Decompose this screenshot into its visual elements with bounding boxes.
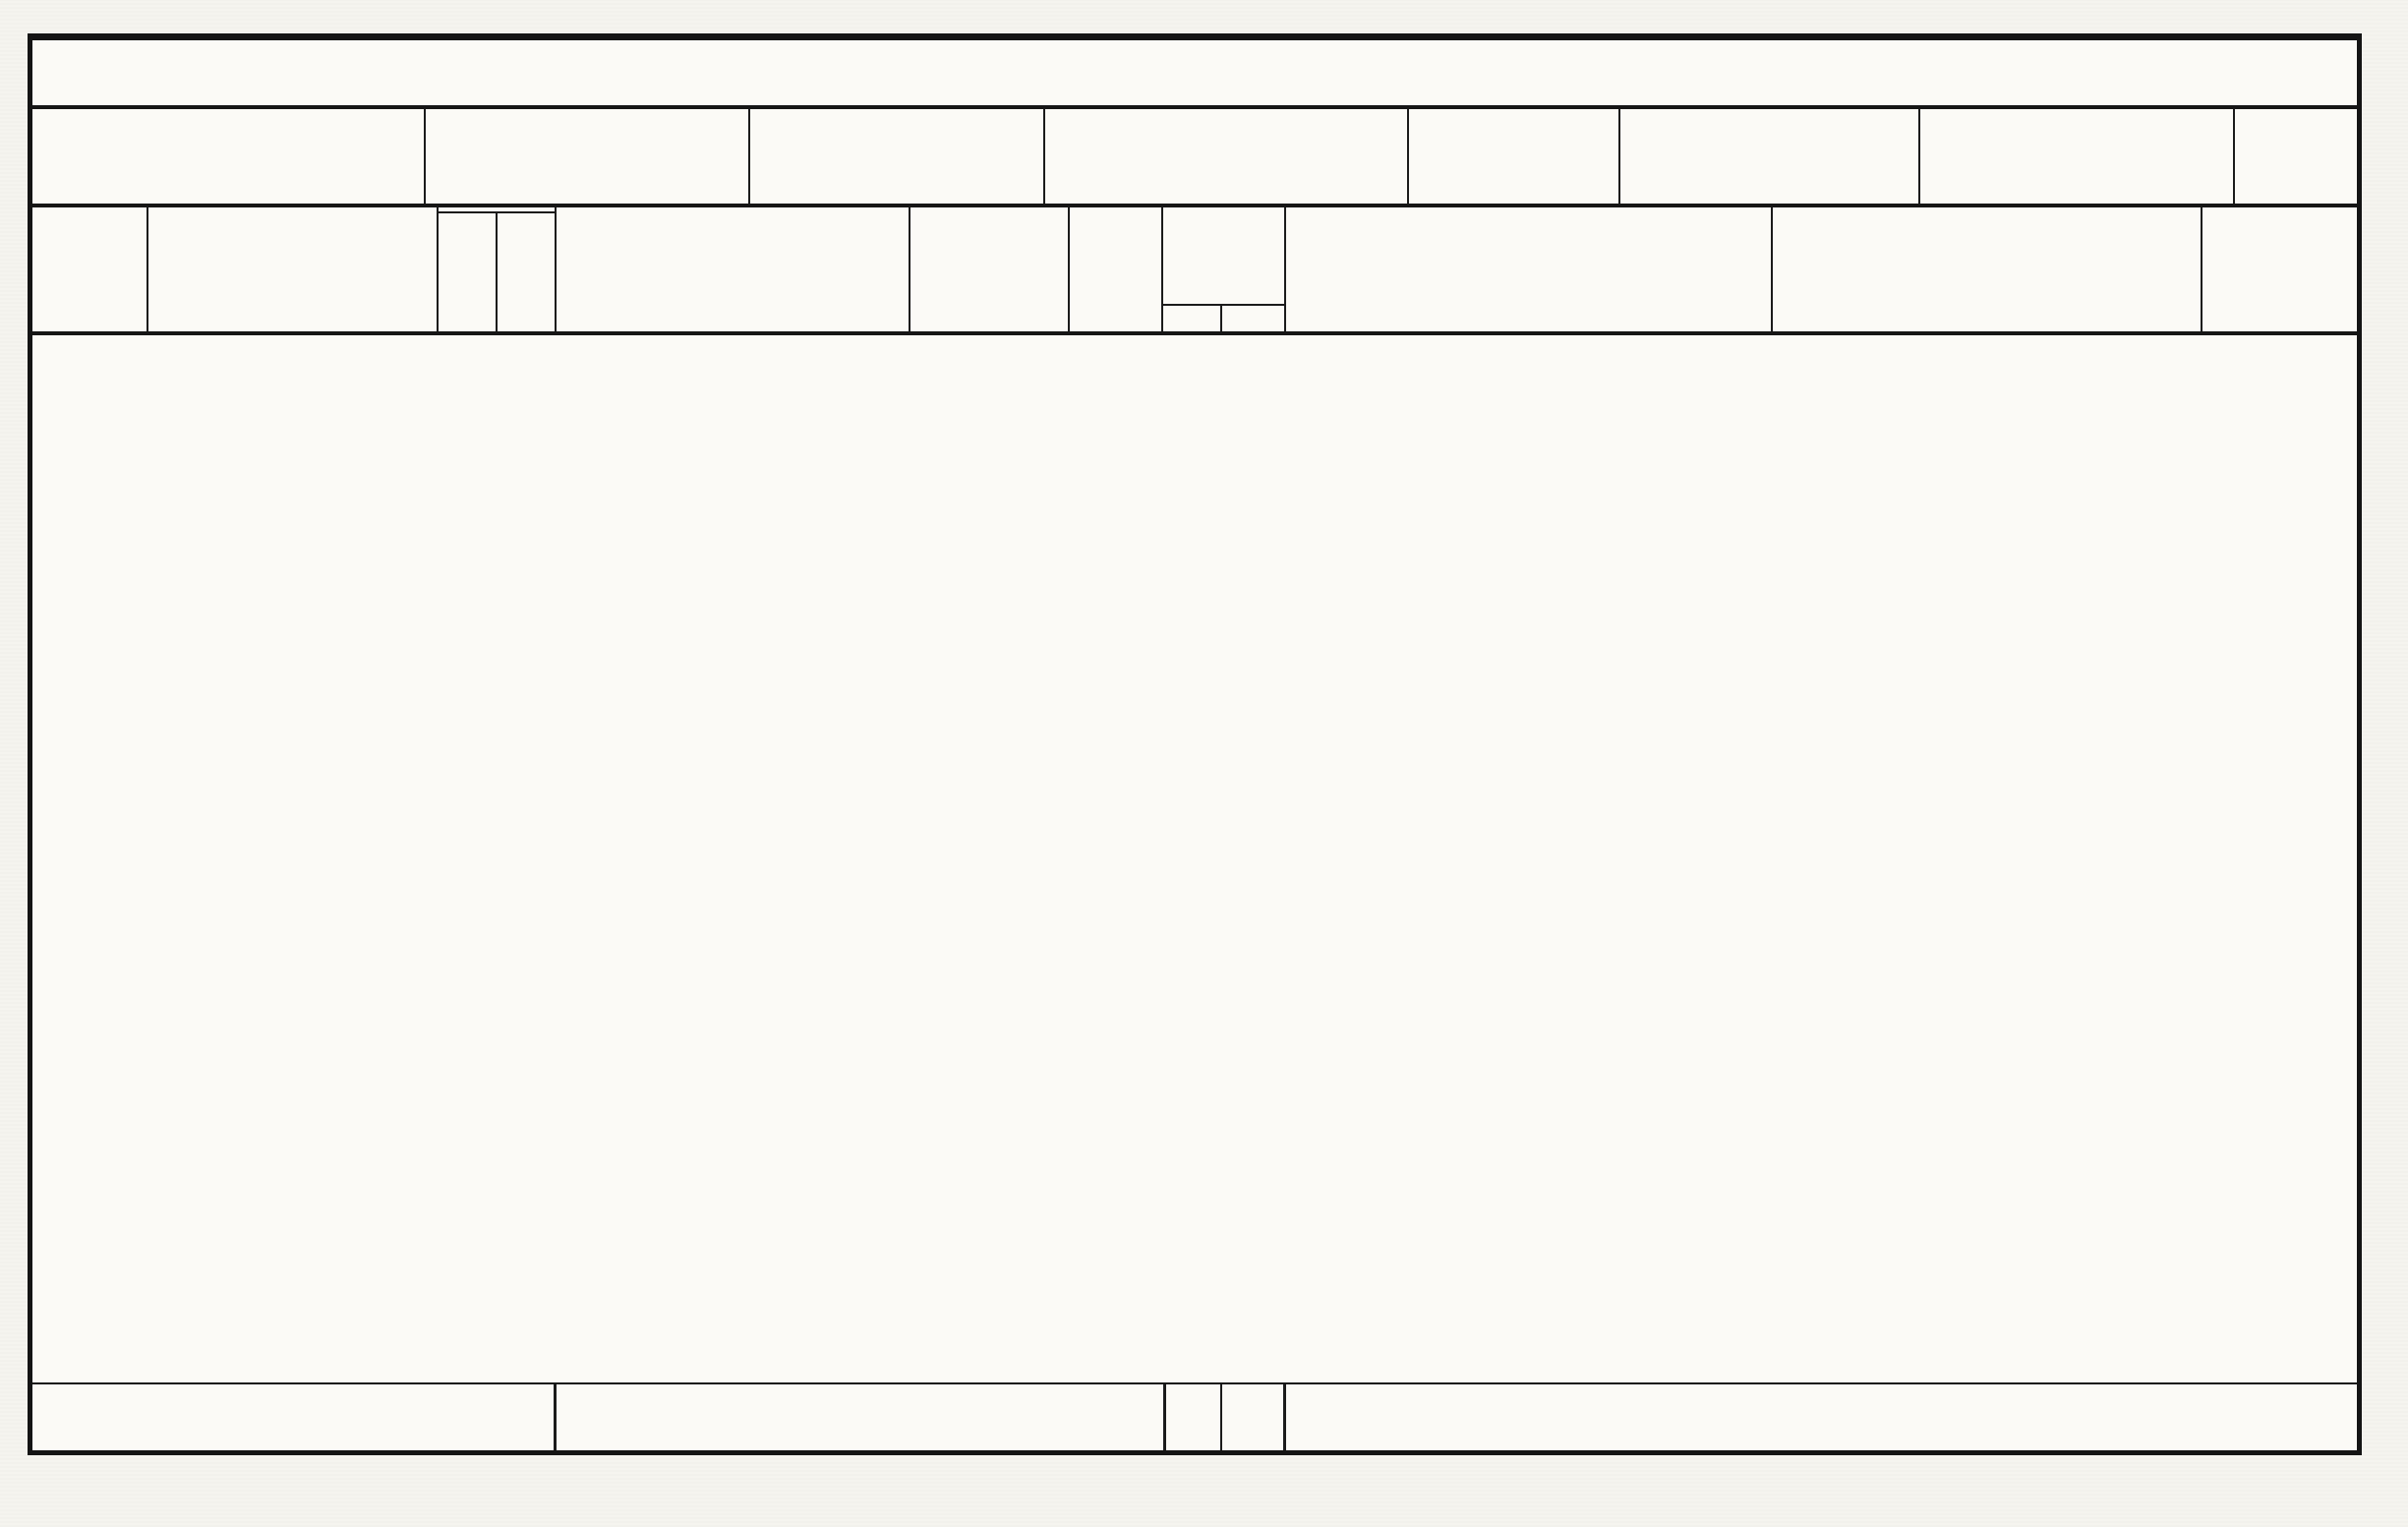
archive-reference-stamp [1286, 1384, 2202, 1450]
local-board-cell [1920, 109, 2235, 204]
col-header-uninhabited [498, 213, 555, 331]
census-sheet [28, 33, 2362, 1455]
town-cell [1409, 109, 1620, 204]
total-females-value [1222, 1384, 1286, 1450]
col-header-name [557, 207, 910, 331]
total-houses-value [439, 1384, 557, 1450]
parliamentary-borough-cell [1045, 109, 1409, 204]
col-header-females [1222, 306, 1284, 331]
ecclesiastical-district-cell [2235, 109, 2357, 204]
col-header-relation [910, 207, 1070, 331]
col-header-where-born [1773, 207, 2202, 331]
col-header-schedule [32, 207, 148, 331]
total-males-value [1163, 1384, 1222, 1450]
totals-row [32, 1382, 2357, 1450]
municipal-borough-cell [426, 109, 750, 204]
total-houses-label [32, 1384, 439, 1450]
column-header-row [32, 207, 2357, 335]
village-cell [1620, 109, 1920, 204]
title-band [32, 40, 2357, 109]
total-males-females-label [557, 1384, 1163, 1450]
col-header-road [148, 207, 439, 331]
col-header-houses [439, 207, 557, 331]
table-body [32, 335, 2357, 1382]
col-header-inhabited [439, 213, 498, 331]
ecclesiastical-district-value [2235, 110, 2357, 119]
census-page [0, 0, 2408, 1527]
col-header-condition [1070, 207, 1163, 331]
civil-parish-cell [32, 109, 426, 204]
col-header-age [1163, 207, 1286, 331]
col-header-occupation [1286, 207, 1773, 331]
location-header-band [32, 109, 2357, 207]
municipal-ward-cell [750, 109, 1045, 204]
col-header-males [1163, 306, 1222, 331]
col-header-infirmity [2202, 207, 2357, 331]
